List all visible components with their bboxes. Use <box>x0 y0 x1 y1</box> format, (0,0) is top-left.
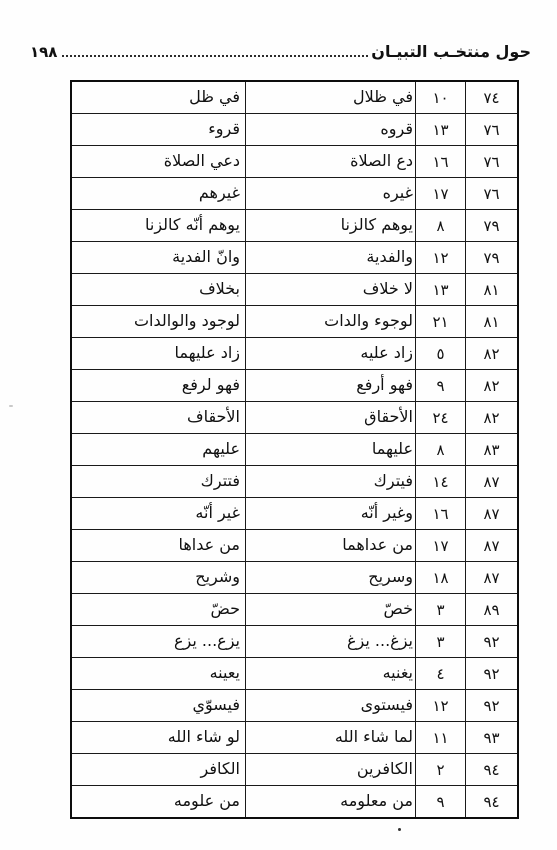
cell-error-text: يوهم كالزنا <box>246 210 416 242</box>
cell-page-number: ٧٩ <box>466 242 519 274</box>
cell-line-number: ٥ <box>416 338 466 370</box>
stray-dot <box>398 828 401 831</box>
cell-page-number: ٧٦ <box>466 146 519 178</box>
table-row: ٨٢٩فهو أرفعفهو لرفع <box>71 370 518 402</box>
cell-correction-text: الكافر <box>71 754 246 786</box>
cell-correction-text: فتترك <box>71 466 246 498</box>
table-row: ٨٧١٨وسريحوشريح <box>71 562 518 594</box>
cell-correction-text: الأحقاف <box>71 402 246 434</box>
dotted-leader <box>62 55 368 57</box>
cell-page-number: ٩٢ <box>466 658 519 690</box>
cell-correction-text: من عداها <box>71 530 246 562</box>
cell-error-text: في ظلال <box>246 81 416 114</box>
cell-correction-text: يوهم أنّه كالزنا <box>71 210 246 242</box>
cell-line-number: ١٦ <box>416 146 466 178</box>
table-row: ٧٤١٠في ظلالفي ظل <box>71 81 518 114</box>
cell-error-text: من معلومه <box>246 786 416 819</box>
cell-error-text: يغنيه <box>246 658 416 690</box>
cell-page-number: ٨١ <box>466 274 519 306</box>
table-row: ٨٣٨عليهماعليهم <box>71 434 518 466</box>
table-row: ٩٢٣يزغ... يزغيزع... يزع <box>71 626 518 658</box>
cell-error-text: زاد عليه <box>246 338 416 370</box>
cell-page-number: ٧٩ <box>466 210 519 242</box>
cell-line-number: ١٤ <box>416 466 466 498</box>
cell-correction-text: لوجود والوالدات <box>71 306 246 338</box>
cell-page-number: ٨٧ <box>466 530 519 562</box>
cell-error-text: لوجوء والدات <box>246 306 416 338</box>
scan-speck <box>9 405 13 407</box>
table-row: ٨٢٢٤الأحقاقالأحقاف <box>71 402 518 434</box>
cell-page-number: ٨٩ <box>466 594 519 626</box>
table-row: ٩٤٢الكافرينالكافر <box>71 754 518 786</box>
cell-page-number: ٩٤ <box>466 754 519 786</box>
cell-line-number: ١٣ <box>416 274 466 306</box>
cell-page-number: ٩٤ <box>466 786 519 819</box>
page-number: ١٩٨ <box>30 45 57 60</box>
cell-line-number: ٨ <box>416 210 466 242</box>
cell-correction-text: يزع... يزع <box>71 626 246 658</box>
cell-error-text: عليهما <box>246 434 416 466</box>
running-header: ١٩٨ حول منتخـب التبيـان <box>30 40 531 60</box>
cell-error-text: فهو أرفع <box>246 370 416 402</box>
cell-page-number: ٩٣ <box>466 722 519 754</box>
cell-correction-text: حضّ <box>71 594 246 626</box>
cell-correction-text: يعينه <box>71 658 246 690</box>
cell-page-number: ٨٣ <box>466 434 519 466</box>
cell-line-number: ١٧ <box>416 530 466 562</box>
cell-line-number: ١٨ <box>416 562 466 594</box>
cell-error-text: وغير أنّه <box>246 498 416 530</box>
cell-correction-text: وانّ الفدية <box>71 242 246 274</box>
cell-error-text: الكافرين <box>246 754 416 786</box>
cell-line-number: ٩ <box>416 786 466 819</box>
cell-correction-text: فهو لرفع <box>71 370 246 402</box>
cell-error-text: من عداهما <box>246 530 416 562</box>
cell-correction-text: عليهم <box>71 434 246 466</box>
table-row: ٧٦١٣قروهقروء <box>71 114 518 146</box>
cell-line-number: ١١ <box>416 722 466 754</box>
cell-error-text: الأحقاق <box>246 402 416 434</box>
cell-page-number: ٨٧ <box>466 498 519 530</box>
cell-correction-text: دعي الصلاة <box>71 146 246 178</box>
cell-error-text: وسريح <box>246 562 416 594</box>
cell-error-text: لما شاء الله <box>246 722 416 754</box>
cell-page-number: ٧٤ <box>466 81 519 114</box>
table-row: ٩٢١٢فيستوىفيسوّي <box>71 690 518 722</box>
cell-line-number: ٨ <box>416 434 466 466</box>
cell-page-number: ٧٦ <box>466 114 519 146</box>
table-row: ٩٣١١لما شاء اللهلو شاء الله <box>71 722 518 754</box>
table-row: ٩٢٤يغنيهيعينه <box>71 658 518 690</box>
cell-line-number: ٩ <box>416 370 466 402</box>
cell-page-number: ٨٢ <box>466 402 519 434</box>
table-row: ٨٧١٧من عداهمامن عداها <box>71 530 518 562</box>
errata-table-body: ٧٤١٠في ظلالفي ظل٧٦١٣قروهقروء٧٦١٦دع الصلا… <box>71 81 518 818</box>
cell-correction-text: زاد عليهما <box>71 338 246 370</box>
cell-error-text: فيترك <box>246 466 416 498</box>
cell-page-number: ٩٢ <box>466 690 519 722</box>
cell-line-number: ٣ <box>416 626 466 658</box>
cell-error-text: دع الصلاة <box>246 146 416 178</box>
cell-correction-text: فيسوّي <box>71 690 246 722</box>
table-row: ٨١٢١لوجوء والداتلوجود والوالدات <box>71 306 518 338</box>
cell-line-number: ١٧ <box>416 178 466 210</box>
cell-error-text: فيستوى <box>246 690 416 722</box>
table-row: ٧٦١٦دع الصلاةدعي الصلاة <box>71 146 518 178</box>
cell-line-number: ١٣ <box>416 114 466 146</box>
table-row: ٨٧١٤فيتركفتترك <box>71 466 518 498</box>
cell-correction-text: غير أنّه <box>71 498 246 530</box>
cell-line-number: ١٠ <box>416 81 466 114</box>
cell-line-number: ٢ <box>416 754 466 786</box>
table-row: ٧٩١٢والفديةوانّ الفدية <box>71 242 518 274</box>
cell-page-number: ٨٧ <box>466 562 519 594</box>
cell-line-number: ٣ <box>416 594 466 626</box>
table-row: ٧٦١٧غيرهغيرهم <box>71 178 518 210</box>
cell-line-number: ٢٤ <box>416 402 466 434</box>
errata-table: ٧٤١٠في ظلالفي ظل٧٦١٣قروهقروء٧٦١٦دع الصلا… <box>70 80 519 819</box>
cell-page-number: ٩٢ <box>466 626 519 658</box>
cell-page-number: ٨١ <box>466 306 519 338</box>
cell-correction-text: من علومه <box>71 786 246 819</box>
cell-error-text: يزغ... يزغ <box>246 626 416 658</box>
cell-error-text: خصّ <box>246 594 416 626</box>
cell-line-number: ٢١ <box>416 306 466 338</box>
cell-error-text: والفدية <box>246 242 416 274</box>
cell-error-text: قروه <box>246 114 416 146</box>
cell-correction-text: بخلاف <box>71 274 246 306</box>
cell-correction-text: قروء <box>71 114 246 146</box>
table-row: ٨٢٥زاد عليهزاد عليهما <box>71 338 518 370</box>
table-row: ٩٤٩من معلومهمن علومه <box>71 786 518 819</box>
cell-page-number: ٨٧ <box>466 466 519 498</box>
cell-line-number: ٤ <box>416 658 466 690</box>
scanned-book-page: ١٩٨ حول منتخـب التبيـان ٧٤١٠في ظلالفي ظل… <box>0 0 557 850</box>
cell-page-number: ٧٦ <box>466 178 519 210</box>
table-row: ٨٧١٦وغير أنّهغير أنّه <box>71 498 518 530</box>
cell-line-number: ١٦ <box>416 498 466 530</box>
cell-error-text: لا خلاف <box>246 274 416 306</box>
table-row: ٨٩٣خصّحضّ <box>71 594 518 626</box>
cell-line-number: ١٢ <box>416 690 466 722</box>
cell-correction-text: غيرهم <box>71 178 246 210</box>
cell-page-number: ٨٢ <box>466 370 519 402</box>
cell-error-text: غيره <box>246 178 416 210</box>
cell-correction-text: لو شاء الله <box>71 722 246 754</box>
table-row: ٨١١٣لا خلافبخلاف <box>71 274 518 306</box>
cell-correction-text: في ظل <box>71 81 246 114</box>
cell-correction-text: وشريح <box>71 562 246 594</box>
cell-line-number: ١٢ <box>416 242 466 274</box>
book-title: حول منتخـب التبيـان <box>371 44 531 60</box>
table-row: ٧٩٨يوهم كالزنايوهم أنّه كالزنا <box>71 210 518 242</box>
cell-page-number: ٨٢ <box>466 338 519 370</box>
